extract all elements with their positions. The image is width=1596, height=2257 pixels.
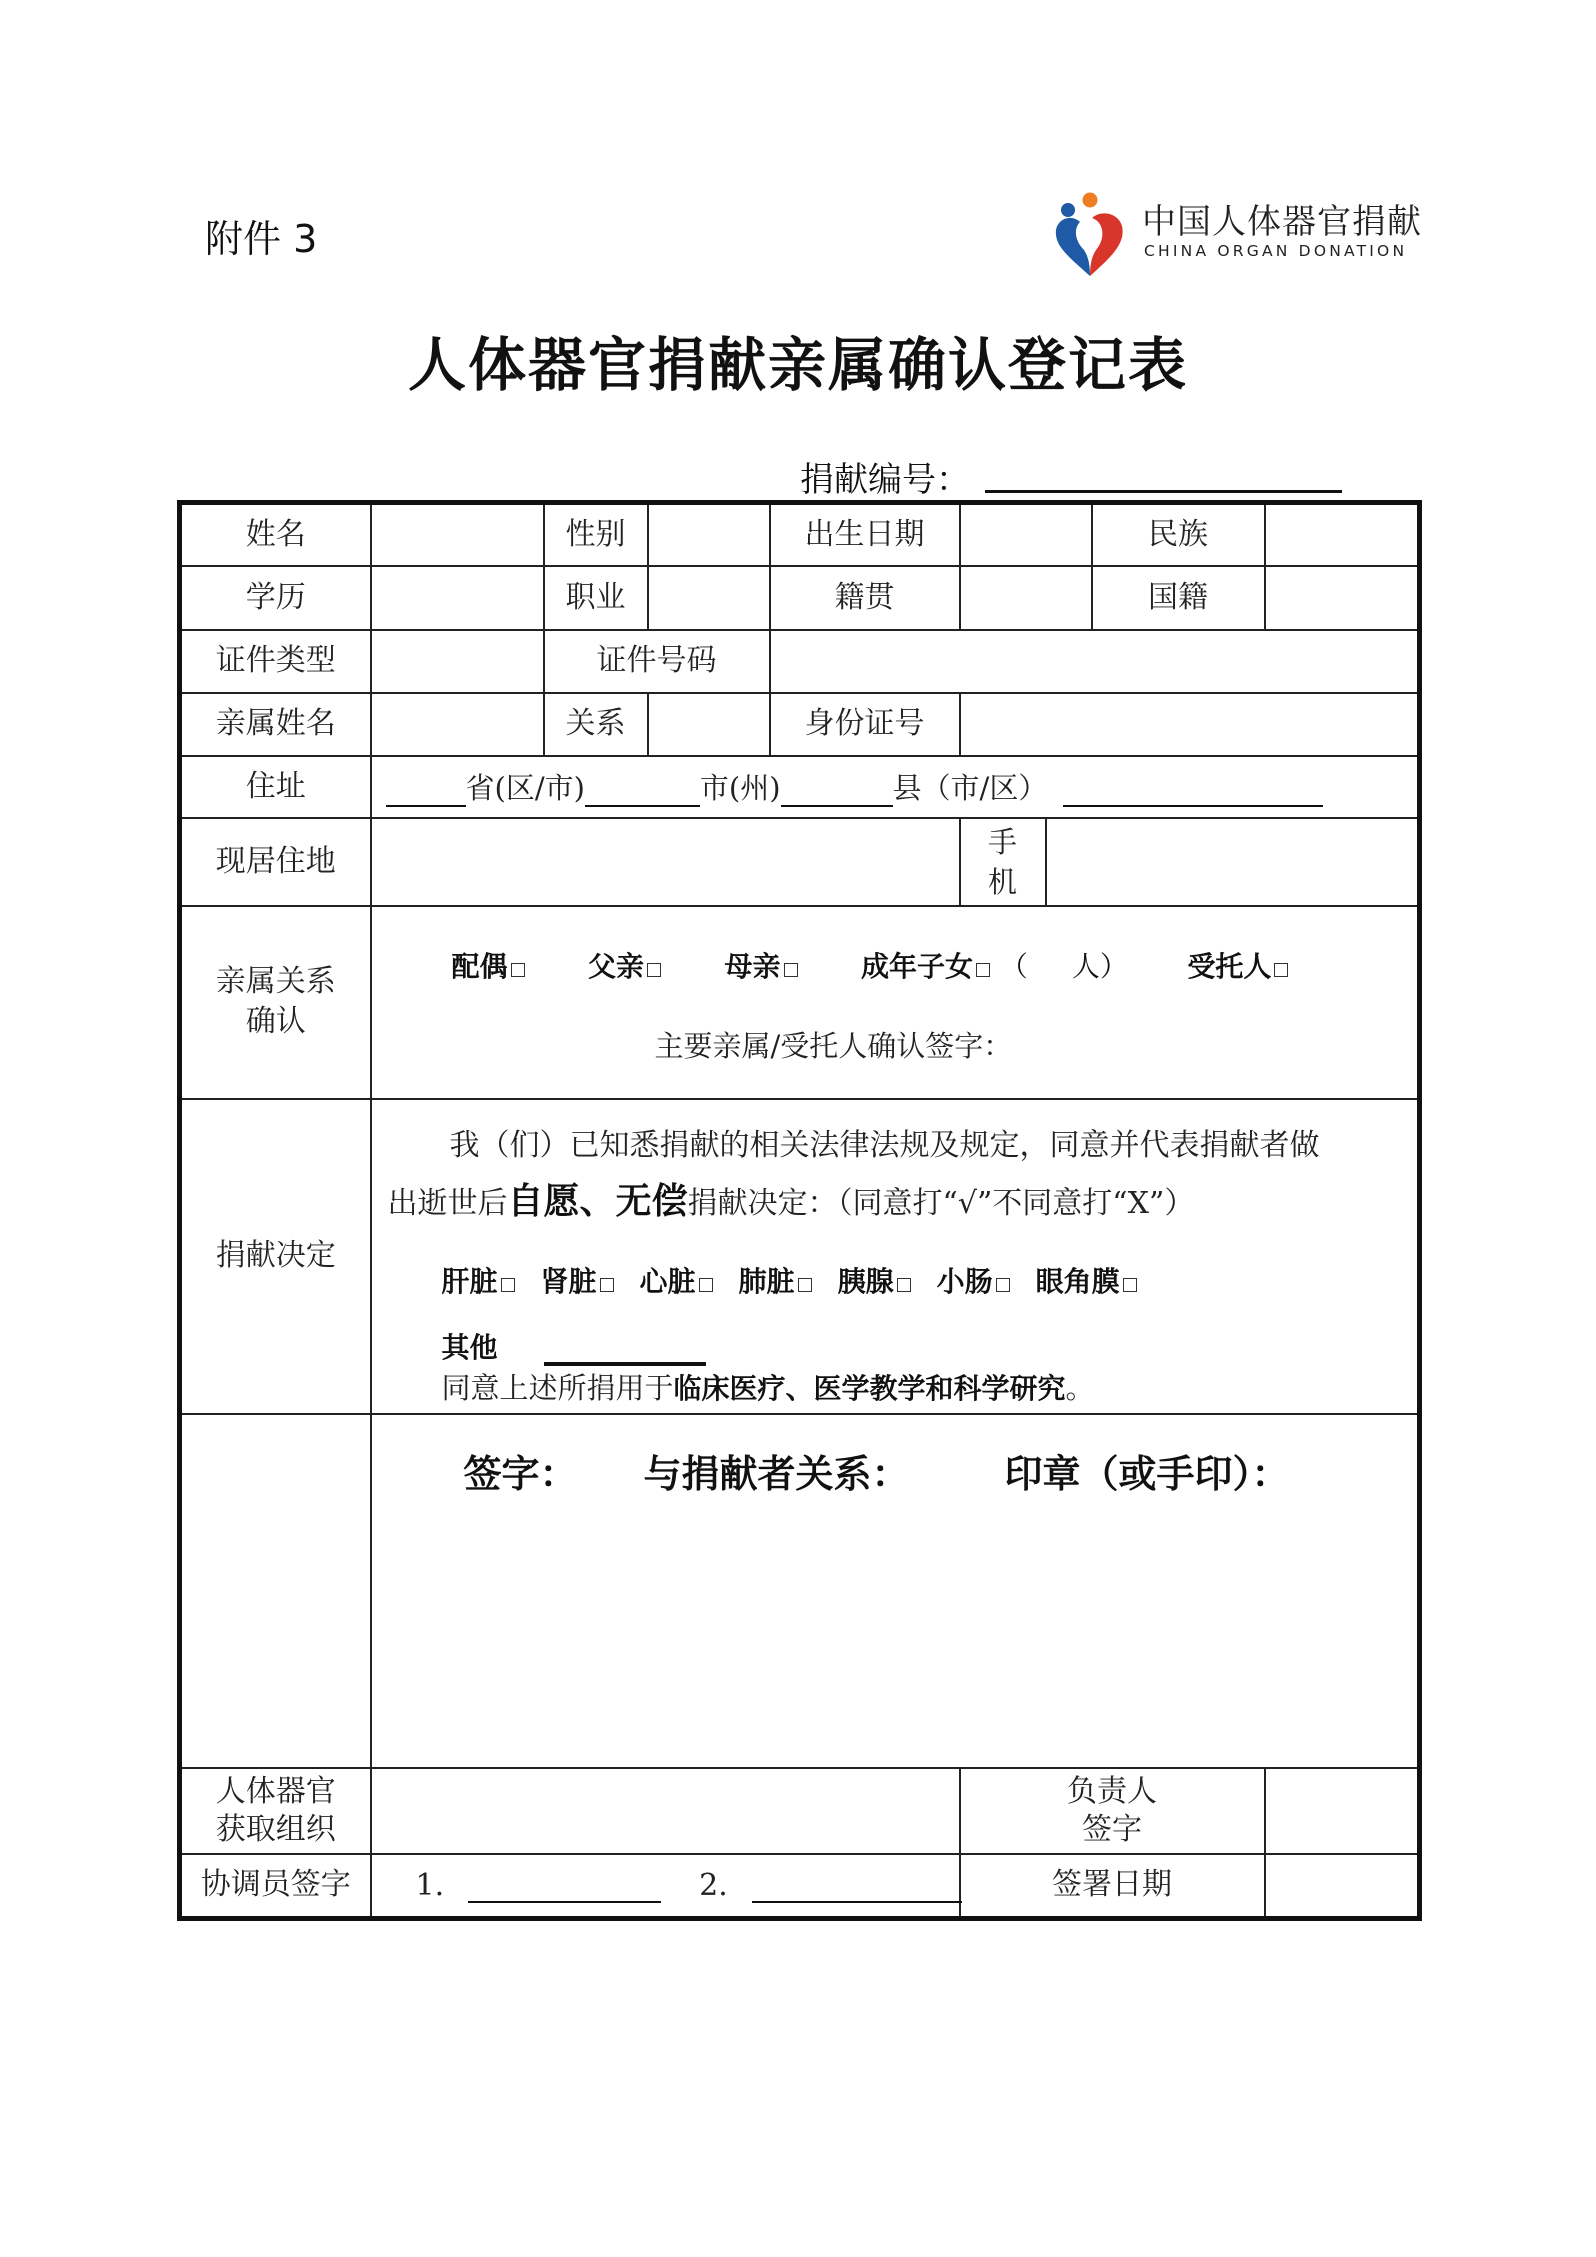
- relation-confirm-label-line1: 亲属关系: [182, 962, 370, 1002]
- checkbox-icon[interactable]: [647, 963, 661, 977]
- native-place-field[interactable]: [960, 566, 1092, 630]
- id-type-field[interactable]: [371, 630, 544, 693]
- decision-content: 我（们）已知悉捐献的相关法律法规及规定，同意并代表捐献者做 出逝世后自愿、无偿捐…: [371, 1099, 1420, 1414]
- id-card-field[interactable]: [960, 693, 1420, 756]
- responsible-label-line2: 签字: [961, 1811, 1264, 1849]
- birth-date-label: 出生日期: [770, 503, 960, 566]
- phone-label-char-2: 机: [988, 862, 1017, 902]
- county-suffix: 县（市/区）: [893, 771, 1048, 805]
- relation-label: 关系: [544, 693, 648, 756]
- relation-confirm-content: 配偶 父亲 母亲 成年子女 （人） 受托人 主要亲属/受托人确认签字：: [371, 906, 1420, 1099]
- donation-number-label: 捐献编号：: [800, 452, 970, 501]
- organ-kidney[interactable]: 肾脏: [541, 1265, 614, 1298]
- children-count-open: （: [1000, 950, 1028, 983]
- education-field[interactable]: [371, 566, 544, 630]
- seal-label: 印章（或手印）：: [1005, 1443, 1290, 1498]
- other-organ-input[interactable]: [544, 1340, 706, 1366]
- option-father[interactable]: 父亲: [588, 950, 661, 983]
- table-row: 证件类型 证件号码: [180, 630, 1420, 693]
- table-row: 捐献决定 我（们）已知悉捐献的相关法律法规及规定，同意并代表捐献者做 出逝世后自…: [180, 1099, 1420, 1414]
- procurement-org-label-line2: 获取组织: [182, 1811, 370, 1849]
- city-input[interactable]: [585, 781, 700, 807]
- address-label: 住址: [180, 756, 371, 818]
- residence-label: 现居住地: [180, 818, 371, 906]
- coordinator-1-label: 1.: [416, 1868, 445, 1903]
- phone-label: 手 机: [961, 819, 1047, 905]
- gender-field[interactable]: [648, 503, 770, 566]
- table-row: 签字： 与捐献者关系： 印章（或手印）：: [180, 1414, 1420, 1768]
- checkbox-icon[interactable]: [511, 963, 525, 977]
- relation-to-donor-label: 与捐献者关系：: [644, 1443, 910, 1498]
- table-row: 人体器官 获取组织 负责人 签字: [180, 1768, 1420, 1854]
- organ-cornea[interactable]: 眼角膜: [1036, 1265, 1137, 1298]
- organ-liver[interactable]: 肝脏: [442, 1265, 515, 1298]
- province-input[interactable]: [386, 781, 466, 807]
- option-mother[interactable]: 母亲: [725, 950, 798, 983]
- table-row: 亲属关系 确认 配偶 父亲 母亲 成年子女 （人） 受托人 主要亲属/受托人确认…: [180, 906, 1420, 1099]
- nationality-label: 国籍: [1092, 566, 1265, 630]
- gender-label: 性别: [544, 503, 648, 566]
- organ-lung[interactable]: 肺脏: [739, 1265, 812, 1298]
- children-count-close: 人）: [1072, 950, 1128, 983]
- city-suffix: 市(州): [700, 771, 781, 805]
- table-row: 亲属姓名 关系 身份证号: [180, 693, 1420, 756]
- native-place-label: 籍贯: [770, 566, 960, 630]
- phone-field[interactable]: [1047, 819, 1418, 905]
- responsible-signature-field[interactable]: [1265, 1768, 1420, 1854]
- checkbox-icon[interactable]: [699, 1278, 713, 1292]
- usage-statement: 同意上述所捐用于临床医疗、医学教学和科学研究。: [442, 1366, 1095, 1407]
- responsible-signature-label: 负责人 签字: [960, 1768, 1265, 1854]
- detail-address-input[interactable]: [1063, 781, 1323, 807]
- residence-field[interactable]: [371, 818, 960, 906]
- table-row: 现居住地 手 机: [180, 818, 1420, 906]
- responsible-label-line1: 负责人: [961, 1773, 1264, 1811]
- procurement-org-label-line1: 人体器官: [182, 1773, 370, 1811]
- signature-section[interactable]: 签字： 与捐献者关系： 印章（或手印）：: [371, 1414, 1420, 1768]
- relation-signature-prompt: 主要亲属/受托人确认签字：: [655, 1024, 1013, 1065]
- procurement-org-label: 人体器官 获取组织: [180, 1768, 371, 1854]
- organ-pancreas[interactable]: 胰腺: [838, 1265, 911, 1298]
- coordinator-2-input[interactable]: [752, 1877, 962, 1903]
- other-organ-label: 其他: [442, 1331, 498, 1364]
- checkbox-icon[interactable]: [501, 1278, 515, 1292]
- organ-donation-emblem-icon: [1050, 188, 1130, 278]
- coordinator-2-label: 2.: [699, 1868, 728, 1903]
- signature-section-label: [180, 1414, 371, 1768]
- relative-name-label: 亲属姓名: [180, 693, 371, 756]
- table-row: 学历 职业 籍贯 国籍: [180, 566, 1420, 630]
- relation-options: 配偶 父亲 母亲 成年子女 （人） 受托人: [452, 945, 1289, 985]
- option-trustee[interactable]: 受托人: [1187, 950, 1288, 983]
- table-row: 住址 省(区/市)市(州)县（市/区）: [180, 756, 1420, 818]
- china-organ-donation-logo: 中国人体器官捐献 CHINA ORGAN DONATION: [1050, 188, 1420, 278]
- table-row: 协调员签字 1.2. 签署日期: [180, 1854, 1420, 1919]
- procurement-org-field[interactable]: [371, 1768, 960, 1854]
- other-organ-row: 其他: [442, 1326, 706, 1366]
- relation-confirm-label: 亲属关系 确认: [180, 906, 371, 1099]
- id-number-label: 证件号码: [544, 630, 770, 693]
- attachment-label: 附件 3: [205, 208, 317, 263]
- id-number-field[interactable]: [770, 630, 1420, 693]
- address-field: 省(区/市)市(州)县（市/区）: [371, 756, 1420, 818]
- checkbox-icon[interactable]: [897, 1278, 911, 1292]
- province-suffix: 省(区/市): [466, 771, 585, 805]
- id-card-label: 身份证号: [770, 693, 960, 756]
- ethnicity-label: 民族: [1092, 503, 1265, 566]
- decision-statement-line2: 出逝世后自愿、无偿捐献决定：（同意打“√”不同意打“X”）: [388, 1174, 1418, 1232]
- education-label: 学历: [180, 566, 371, 630]
- birth-date-field[interactable]: [960, 503, 1092, 566]
- page-title: 人体器官捐献亲属确认登记表: [0, 318, 1596, 402]
- sign-date-label: 签署日期: [960, 1854, 1265, 1919]
- table-row: 姓名 性别 出生日期 民族: [180, 503, 1420, 566]
- organ-heart[interactable]: 心脏: [640, 1265, 713, 1298]
- relation-field[interactable]: [648, 693, 770, 756]
- ethnicity-field[interactable]: [1265, 503, 1420, 566]
- option-spouse[interactable]: 配偶: [452, 950, 525, 983]
- county-input[interactable]: [781, 781, 893, 807]
- organ-small-intestine[interactable]: 小肠: [937, 1265, 1010, 1298]
- organ-options: 肝脏肾脏心脏肺脏胰腺小肠眼角膜: [442, 1260, 1137, 1300]
- name-field[interactable]: [371, 503, 544, 566]
- checkbox-icon[interactable]: [600, 1278, 614, 1292]
- coordinator-signature-label: 协调员签字: [180, 1854, 371, 1919]
- checkbox-icon[interactable]: [798, 1278, 812, 1292]
- nationality-field[interactable]: [1265, 566, 1420, 630]
- registration-form-table: 姓名 性别 出生日期 民族 学历 职业 籍贯 国籍 证件类型 证件号码 亲属姓名…: [177, 500, 1422, 1921]
- usage-emphasis: 临床医疗、医学教学和科学研究: [674, 1372, 1066, 1405]
- name-label: 姓名: [180, 503, 371, 566]
- logo-name-en: CHINA ORGAN DONATION: [1144, 242, 1407, 260]
- coordinator-signature-field: 1.2.: [371, 1854, 960, 1919]
- relative-name-field[interactable]: [371, 693, 544, 756]
- id-type-label: 证件类型: [180, 630, 371, 693]
- checkbox-icon[interactable]: [1274, 963, 1288, 977]
- checkbox-icon[interactable]: [1123, 1278, 1137, 1292]
- coordinator-1-input[interactable]: [468, 1877, 661, 1903]
- phone-cell: 手 机: [960, 818, 1420, 906]
- sign-label: 签字：: [464, 1443, 578, 1498]
- checkbox-icon[interactable]: [996, 1278, 1010, 1292]
- checkbox-icon[interactable]: [784, 963, 798, 977]
- decision-statement-line1: 我（们）已知悉捐献的相关法律法规及规定，同意并代表捐献者做: [388, 1118, 1418, 1174]
- decision-statement: 我（们）已知悉捐献的相关法律法规及规定，同意并代表捐献者做 出逝世后自愿、无偿捐…: [388, 1118, 1418, 1232]
- decision-emphasis: 自愿、无偿: [508, 1181, 688, 1222]
- occupation-field[interactable]: [648, 566, 770, 630]
- decision-label: 捐献决定: [180, 1099, 371, 1414]
- phone-label-char-1: 手: [988, 822, 1017, 862]
- donation-number-field[interactable]: [985, 490, 1342, 493]
- checkbox-icon[interactable]: [976, 963, 990, 977]
- occupation-label: 职业: [544, 566, 648, 630]
- sign-date-field[interactable]: [1265, 1854, 1420, 1919]
- option-adult-children[interactable]: 成年子女: [861, 950, 990, 983]
- logo-name-cn: 中国人体器官捐献: [1142, 194, 1422, 243]
- relation-confirm-label-line2: 确认: [182, 1002, 370, 1042]
